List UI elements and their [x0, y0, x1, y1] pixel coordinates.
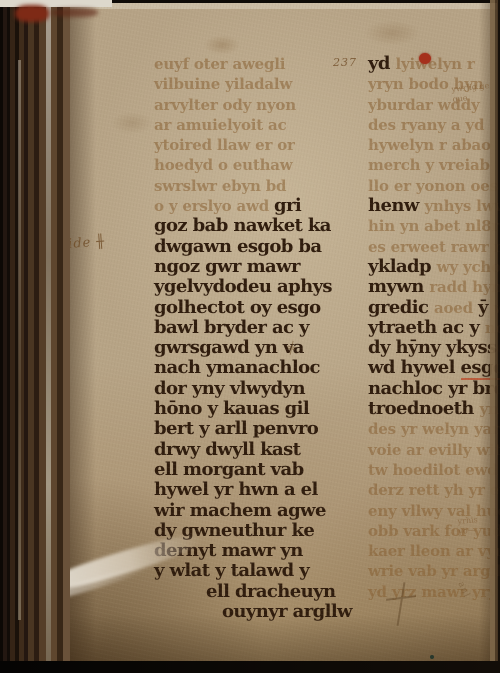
text-segment: des yr welyn yary: [368, 420, 500, 438]
text-segment: merch y vreiab: [368, 156, 490, 174]
manuscript-line: goz bab nawket ka: [154, 216, 368, 236]
text-segment: lyiwelyn r: [396, 55, 475, 73]
manuscript-line: bawl bryder ac y: [154, 318, 368, 338]
manuscript-line: arvylter ody nyon: [154, 95, 368, 115]
manuscript-line: tw hoedilot ewd dil: [368, 460, 500, 480]
text-segment: ykladp: [368, 256, 437, 277]
text-segment: kaer lleon ar vyn: [368, 542, 500, 560]
text-segment: aoed: [434, 299, 478, 317]
book-top-edge: [0, 0, 112, 7]
text-segment: wir machem agwe: [154, 500, 326, 521]
manuscript-line: drwy dwyll kast: [154, 440, 368, 460]
text-segment: hywelyn r abao: [368, 136, 491, 154]
text-segment: eny vllwy val hue: [368, 502, 500, 520]
manuscript-line: henw ynhys lwve: [368, 196, 500, 216]
text-segment: dor yny vlwydyn: [154, 378, 305, 399]
text-segment: dy hȳny ykyssegra: [368, 337, 500, 358]
scratch-cross-mark: [384, 582, 418, 626]
book-binding-spine: [0, 0, 70, 673]
text-segment: ell dracheuyn: [206, 581, 335, 602]
page-edge-right: [490, 0, 500, 673]
manuscript-line: y wlat y talawd y: [154, 561, 368, 581]
manuscript-line: es erweet rawr nw: [368, 237, 500, 257]
manuscript-line: derz rett yh yr eue: [368, 480, 500, 500]
manuscript-line: gwrsgawd yn va: [154, 338, 368, 358]
bottom-shadow-band: [0, 661, 500, 673]
text-segment: obb vark for yud: [368, 522, 500, 540]
manuscript-line: ngoz gwr mawr: [154, 257, 368, 277]
manuscript-line: euyf oter awegli: [154, 54, 368, 74]
text-segment: bert y arll penvro: [154, 418, 318, 439]
text-segment: mywn: [368, 276, 429, 297]
text-segment: ngoz gwr mawr: [154, 256, 300, 277]
text-segment: llo er yonon oes yr: [368, 177, 500, 195]
text-segment: voie ar evilly wite: [368, 441, 500, 459]
red-pigment-dot: [419, 53, 431, 64]
manuscript-line: hywelyn r abao: [368, 135, 500, 155]
text-segment: wrie vab yr argllw: [368, 562, 500, 580]
manuscript-line: hōno y kauas gil: [154, 399, 368, 419]
page-edge-sliver: [18, 60, 21, 620]
right-margin-note: yrhis yo—: [457, 515, 479, 537]
manuscript-line: vilbuine yiladalw: [154, 74, 368, 94]
text-segment: ynhys lwve: [424, 197, 500, 215]
text-segment: hywel yr hwn a el: [154, 479, 318, 500]
manuscript-line: ell dracheuyn: [154, 582, 368, 602]
manuscript-line: nach ymanachloc: [154, 358, 368, 378]
manuscript-line: ell morgant vab: [154, 460, 368, 480]
text-segment: drwy dwyll kast: [154, 439, 300, 460]
manuscript-line: bert y arll penvro: [154, 419, 368, 439]
top-right-margin-note: ywrlig ge que: [451, 81, 491, 105]
manuscript-line: hin yn abet nl8r: [368, 216, 500, 236]
manuscript-line: dy hȳny ykyssegra: [368, 338, 500, 358]
text-segment: nach ymanachloc: [154, 357, 320, 378]
manuscript-line: ytoired llaw er or: [154, 135, 368, 155]
text-segment: dwgawn esgob ba: [154, 236, 321, 257]
manuscript-line: troednoeth yn urb: [368, 399, 500, 419]
manuscript-line: mywn radd hyne: [368, 277, 500, 297]
manuscript-line: wd hywel esgob ma: [368, 358, 500, 378]
text-segment: gri: [274, 195, 301, 216]
manuscript-line: dwgawn esgob ba: [154, 237, 368, 257]
manuscript-line: o y erslyo awd gri: [154, 196, 368, 216]
text-segment: gredic: [368, 297, 434, 318]
text-segment: tw hoedilot ewd dil: [368, 461, 500, 479]
manuscript-line: ar amuielyoit ac: [154, 115, 368, 135]
text-segment: henw: [368, 195, 424, 216]
text-segment: ar amuielyoit ac: [154, 116, 287, 134]
text-segment: o y erslyo awd: [154, 197, 274, 215]
text-segment: ygelvydodeu aphys: [154, 276, 332, 297]
text-segment: ytraeth ac y: [368, 317, 485, 338]
text-segment: y wlat y talawd y: [154, 560, 309, 581]
text-segment: goz bab nawket ka: [154, 215, 331, 236]
manuscript-line: kaer lleon ar vyn: [368, 541, 500, 561]
text-segment: des ryany a yd: [368, 116, 484, 134]
text-segment: troednoeth: [368, 398, 479, 419]
ink-spot: [430, 655, 434, 659]
manuscript-line: merch y vreiab: [368, 155, 500, 175]
manuscript-line: obb vark for yud: [368, 521, 500, 541]
text-segment: hōno y kauas gil: [154, 398, 309, 419]
text-segment: hoedyd o euthaw: [154, 156, 293, 174]
page-edge-sliver: [46, 0, 51, 673]
text-segment: euyf oter awegli: [154, 55, 285, 73]
manuscript-photo: 237 euyf oter aweglivilbuine yiladalwarv…: [0, 0, 500, 673]
text-segment: gwrsgawd yn va: [154, 337, 304, 358]
text-segment: vilbuine yiladalw: [154, 75, 292, 93]
manuscript-line: ytraeth ac y no we: [368, 318, 500, 338]
text-segment: ytoired llaw er or: [154, 136, 295, 154]
margin-note-line: yo—: [458, 525, 479, 537]
page-top-edge: [62, 3, 497, 9]
manuscript-line: ygelvydodeu aphys: [154, 277, 368, 297]
text-column-right: yd lyiwelyn ryryn bodo hynyburdar wddyde…: [368, 54, 500, 602]
manuscript-line: wir machem agwe: [154, 501, 368, 521]
text-segment: yd: [368, 53, 396, 74]
text-segment: nachloc yr brodyr: [368, 378, 500, 399]
text-segment: ouynyr argllw: [222, 601, 352, 622]
text-segment: hin yn abet nl8r: [368, 217, 499, 235]
text-segment: derz rett yh yr eue: [368, 481, 500, 499]
text-segment: bawl bryder ac y: [154, 317, 309, 338]
text-segment: wd hywel: [368, 357, 461, 378]
manuscript-line: nachloc yr brodyr: [368, 379, 500, 399]
manuscript-line: eny vllwy val hue: [368, 501, 500, 521]
text-segment: es erweet rawr nw: [368, 238, 500, 256]
manuscript-line: llo er yonon oes yr: [368, 176, 500, 196]
manuscript-line: ouynyr argllw: [154, 602, 368, 622]
manuscript-line: yd lyiwelyn r: [368, 54, 500, 74]
red-stained-page-edges: [52, 8, 98, 17]
manuscript-line: golhectot oy esgo: [154, 298, 368, 318]
manuscript-line: ykladp wy ychorn: [368, 257, 500, 277]
red-stained-page-edges: [15, 5, 49, 22]
manuscript-line: gredic aoed ȳ wlan: [368, 298, 500, 318]
text-segment: arvylter ody nyon: [154, 96, 296, 114]
manuscript-line: wrie vab yr argllw: [368, 561, 500, 581]
text-segment: swrslwr ebyn bd: [154, 177, 286, 195]
manuscript-line: des ryany a yd: [368, 115, 500, 135]
text-segment: golhectot oy esgo: [154, 297, 321, 318]
text-segment: ell morgant vab: [154, 459, 304, 480]
manuscript-line: swrslwr ebyn bd: [154, 176, 368, 196]
manuscript-line: hoedyd o euthaw: [154, 155, 368, 175]
manuscript-line: des yr welyn yary: [368, 419, 500, 439]
manuscript-line: voie ar evilly wite: [368, 440, 500, 460]
manuscript-line: dor yny vlwydyn: [154, 379, 368, 399]
manuscript-line: hywel yr hwn a el: [154, 480, 368, 500]
